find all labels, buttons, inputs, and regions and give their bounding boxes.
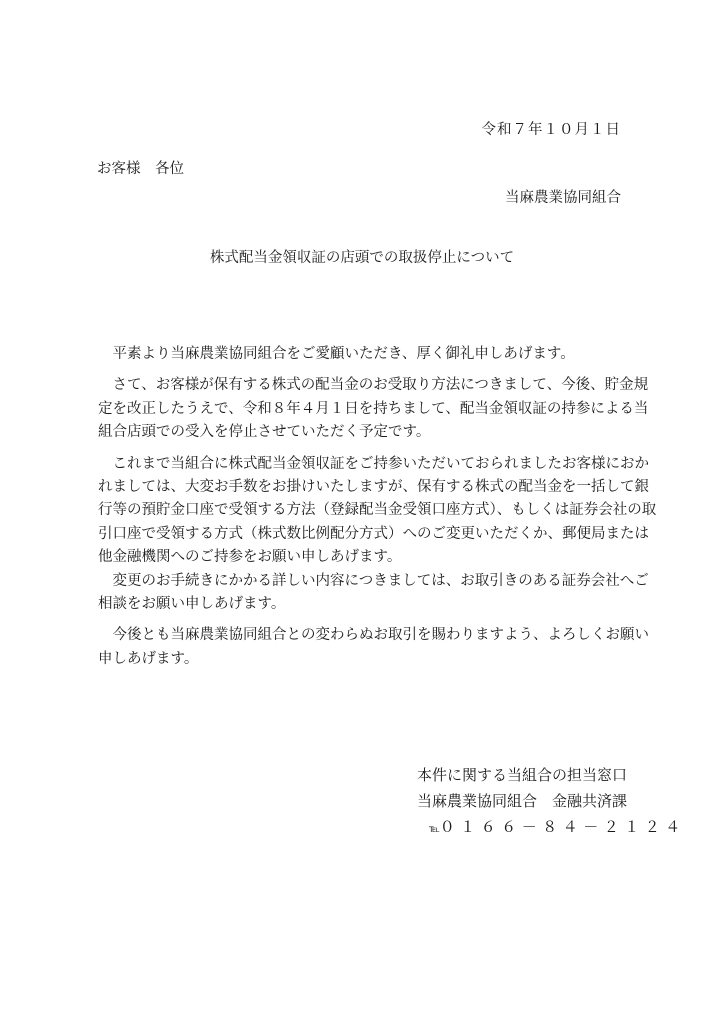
paragraph-notice: さて、お客様が保有する株式の配当金のお受取り方法につきまして、今後、貯金規 定を… — [98, 374, 643, 444]
body-line: 引口座で受領する方式（株式数比例配分方式）へのご変更いただくか、郵便局または — [98, 523, 643, 546]
paragraph-greeting: 平素より当麻農業協同組合をご愛顧いただき、厚く御礼申しあげます。 — [98, 343, 643, 366]
body-line: 行等の預貯金口座で受領する方法（登録配当金受領口座方式）、もしくは証券会社の取 — [98, 499, 643, 522]
letter-body: 平素より当麻農業協同組合をご愛顧いただき、厚く御礼申しあげます。 さて、お客様が… — [98, 343, 643, 671]
body-line: 平素より当麻農業協同組合をご愛顧いただき、厚く御礼申しあげます。 — [98, 343, 643, 366]
letter-date: 令和７年１０月１日 — [482, 118, 622, 139]
paragraph-request: これまで当組合に株式配当金領収証をご持参いただいておられましたお客様におか れま… — [98, 453, 643, 617]
sender-organization: 当麻農業協同組合 — [505, 186, 621, 207]
body-line: 今後とも当麻農業協同組合との変わらぬお取引を賜わりますよう、よろしくお願い — [98, 624, 643, 647]
addressee: お客様 各位 — [97, 157, 184, 178]
body-line: 組合店頭での受入を停止させていただく予定です。 — [98, 421, 643, 444]
contact-department: 当麻農業協同組合 金融共済課 — [417, 788, 686, 814]
body-line: 変更のお手続きにかかる詳しい内容につきましては、お取引きのある証券会社へご — [98, 570, 643, 593]
contact-block: 本件に関する当組合の担当窓口 当麻農業協同組合 金融共済課 ℡０１６６－８４－２… — [417, 762, 686, 843]
body-line: 定を改正したうえで、令和８年４月１日を持ちまして、配当金領収証の持参による当 — [98, 398, 643, 421]
body-line: れましては、大変お手数をお掛けいたしますが、保有する株式の配当金を一括して銀 — [98, 476, 643, 499]
body-line: 申しあげます。 — [98, 648, 643, 671]
body-line: これまで当組合に株式配当金領収証をご持参いただいておられましたお客様におか — [98, 453, 643, 476]
body-line: 相談をお願い申しあげます。 — [98, 593, 643, 616]
letter-subject: 株式配当金領収証の店頭での取扱停止について — [0, 246, 724, 267]
phone-icon: ℡ — [429, 824, 440, 835]
contact-phone: ℡０１６６－８４－２１２４ — [417, 814, 686, 843]
contact-heading: 本件に関する当組合の担当窓口 — [417, 762, 686, 788]
body-line: 他金融機関へのご持参をお願い申しあげます。 — [98, 546, 643, 569]
paragraph-closing: 今後とも当麻農業協同組合との変わらぬお取引を賜わりますよう、よろしくお願い 申し… — [98, 624, 643, 671]
phone-number: ０１６６－８４－２１２４ — [440, 818, 686, 836]
body-line: さて、お客様が保有する株式の配当金のお受取り方法につきまして、今後、貯金規 — [98, 374, 643, 397]
